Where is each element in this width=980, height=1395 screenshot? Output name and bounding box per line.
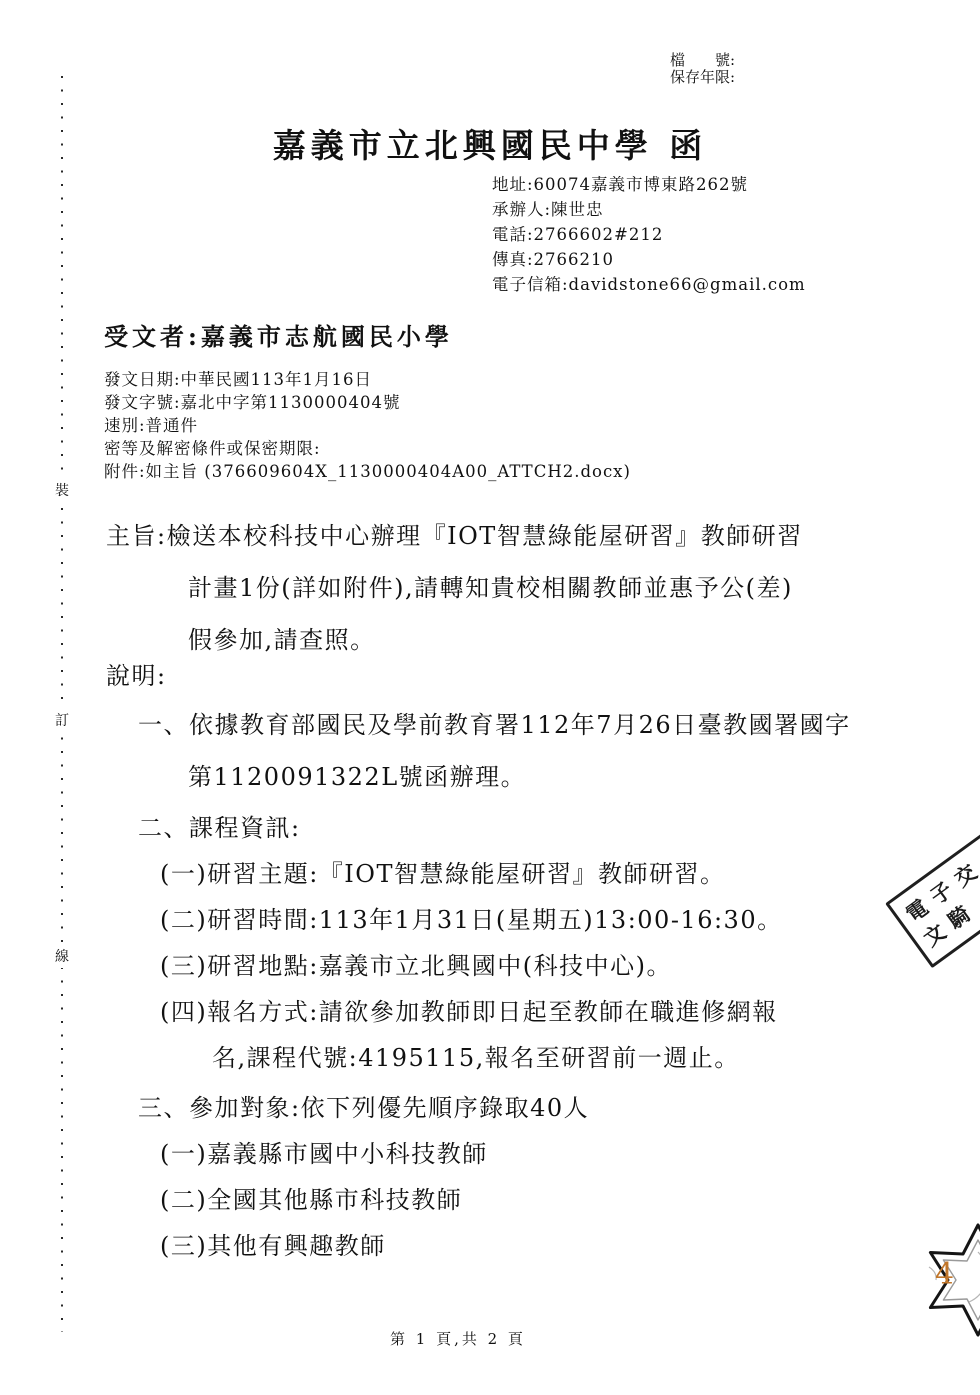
binding-dotted-line (61, 76, 63, 1332)
email-address: 電子信箱:davidstone66@gmail.com (492, 272, 806, 297)
archive-label-block: 檔 號: 保存年限: (670, 52, 735, 86)
page-number-footer: 第 1 頁,共 2 頁 (390, 1328, 526, 1349)
dispatch-date: 發文日期:中華民國113年1月16日 (104, 368, 631, 391)
contact-person: 承辦人:陳世忠 (492, 197, 806, 222)
security-class: 密等及解密條件或保密期限: (104, 437, 631, 460)
explanation-item-3: 三、參加對象:依下列優先順序錄取40人 (138, 1088, 589, 1123)
file-number-label: 檔 號: (670, 52, 735, 69)
target-group-2: (二)全國其他縣市科技教師 (160, 1180, 462, 1215)
dispatch-number: 發文字號:嘉北中字第1130000404號 (104, 391, 631, 414)
official-letter-page: 裝 訂 線 檔 號: 保存年限: 嘉義市立北興國民中學 函 地址:60074嘉義… (0, 0, 980, 1395)
registration-line-1: (四)報名方式:請欲參加教師即日起至教師在職進修網報 (160, 992, 778, 1027)
speed-class: 速別:普通件 (104, 414, 631, 437)
sender-contact-block: 地址:60074嘉義市博東路262號 承辦人:陳世忠 電話:2766602#21… (492, 172, 806, 297)
course-time: (二)研習時間:113年1月31日(星期五)13:00-16:30。 (160, 900, 783, 935)
course-location: (三)研習地點:嘉義市立北興國中(科技中心)。 (160, 946, 672, 981)
sender-address: 地址:60074嘉義市博東路262號 (492, 172, 806, 197)
binding-mark-zhuang: 裝 (53, 480, 71, 502)
dispatch-meta-block: 發文日期:中華民國113年1月16日 發文字號:嘉北中字第1130000404號… (104, 368, 631, 483)
retention-period-label: 保存年限: (670, 69, 735, 86)
subject-line-1: 主旨:檢送本校科技中心辦理『IOT智慧綠能屋研習』教師研習 (106, 516, 803, 551)
subject-line-3: 假參加,請查照。 (188, 620, 376, 655)
attachment-line: 附件:如主旨 (376609604X_1130000404A00_ATTCH2.… (104, 460, 631, 483)
binding-mark-xian: 線 (53, 946, 71, 968)
flower-page-seal: 4 (903, 1222, 980, 1346)
document-title: 嘉義市立北興國民中學 函 (0, 120, 980, 167)
explanation-item-1-line-1: 一、依據教育部國民及學前教育署112年7月26日臺教國署國字 (138, 705, 851, 740)
target-group-3: (三)其他有興趣教師 (160, 1226, 386, 1261)
target-group-1: (一)嘉義縣市國中小科技教師 (160, 1134, 488, 1169)
electronic-exchange-stamp: 電子交 文騎 (885, 832, 980, 968)
course-topic: (一)研習主題:『IOT智慧綠能屋研習』教師研習。 (160, 854, 725, 889)
binding-mark-ding: 訂 (53, 710, 71, 732)
recipient-line: 受文者:嘉義市志航國民小學 (104, 317, 453, 352)
explanation-item-2: 二、課程資訊: (138, 808, 301, 843)
fax-number: 傳真:2766210 (492, 247, 806, 272)
explanation-heading: 說明: (106, 656, 167, 691)
registration-line-2: 名,課程代號:4195115,報名至研習前一週止。 (212, 1038, 740, 1073)
seal-number: 4 (935, 1257, 954, 1292)
phone-number: 電話:2766602#212 (492, 222, 806, 247)
flower-seal-icon: 4 (903, 1222, 980, 1342)
subject-line-2: 計畫1份(詳如附件),請轉知貴校相關教師並惠予公(差) (188, 568, 793, 603)
explanation-item-1-line-2: 第1120091322L號函辦理。 (188, 757, 526, 792)
